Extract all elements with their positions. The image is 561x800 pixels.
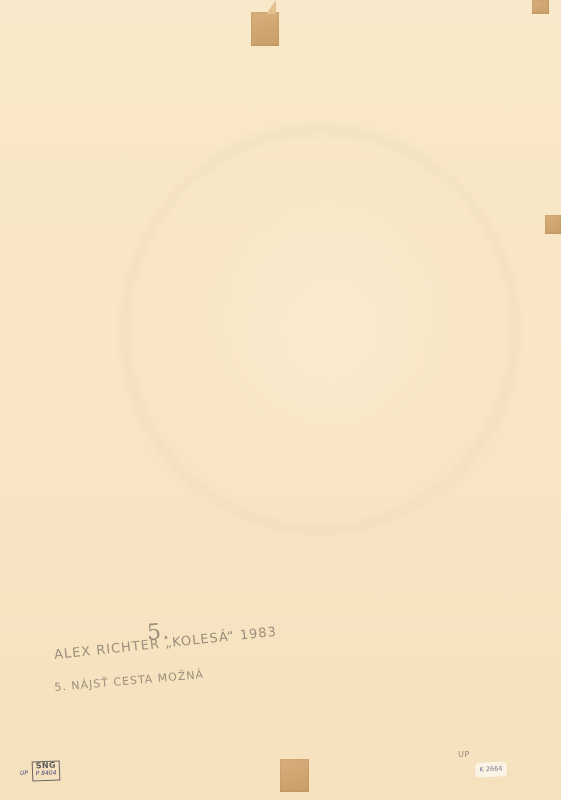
- stamp-prefix-mark: UP: [20, 770, 28, 777]
- tape-strip-bottom-center: [280, 759, 309, 792]
- tape-strip-right-edge: [545, 215, 561, 234]
- corner-mark: UP: [458, 750, 470, 759]
- tape-strip-top-right: [532, 0, 549, 14]
- collection-stamp: SNG P 8404: [32, 761, 61, 782]
- tape-strip-top-center: [251, 12, 279, 46]
- stamp-inventory-number: P 8404: [33, 770, 59, 779]
- inventory-sticker: K 2664: [475, 761, 508, 778]
